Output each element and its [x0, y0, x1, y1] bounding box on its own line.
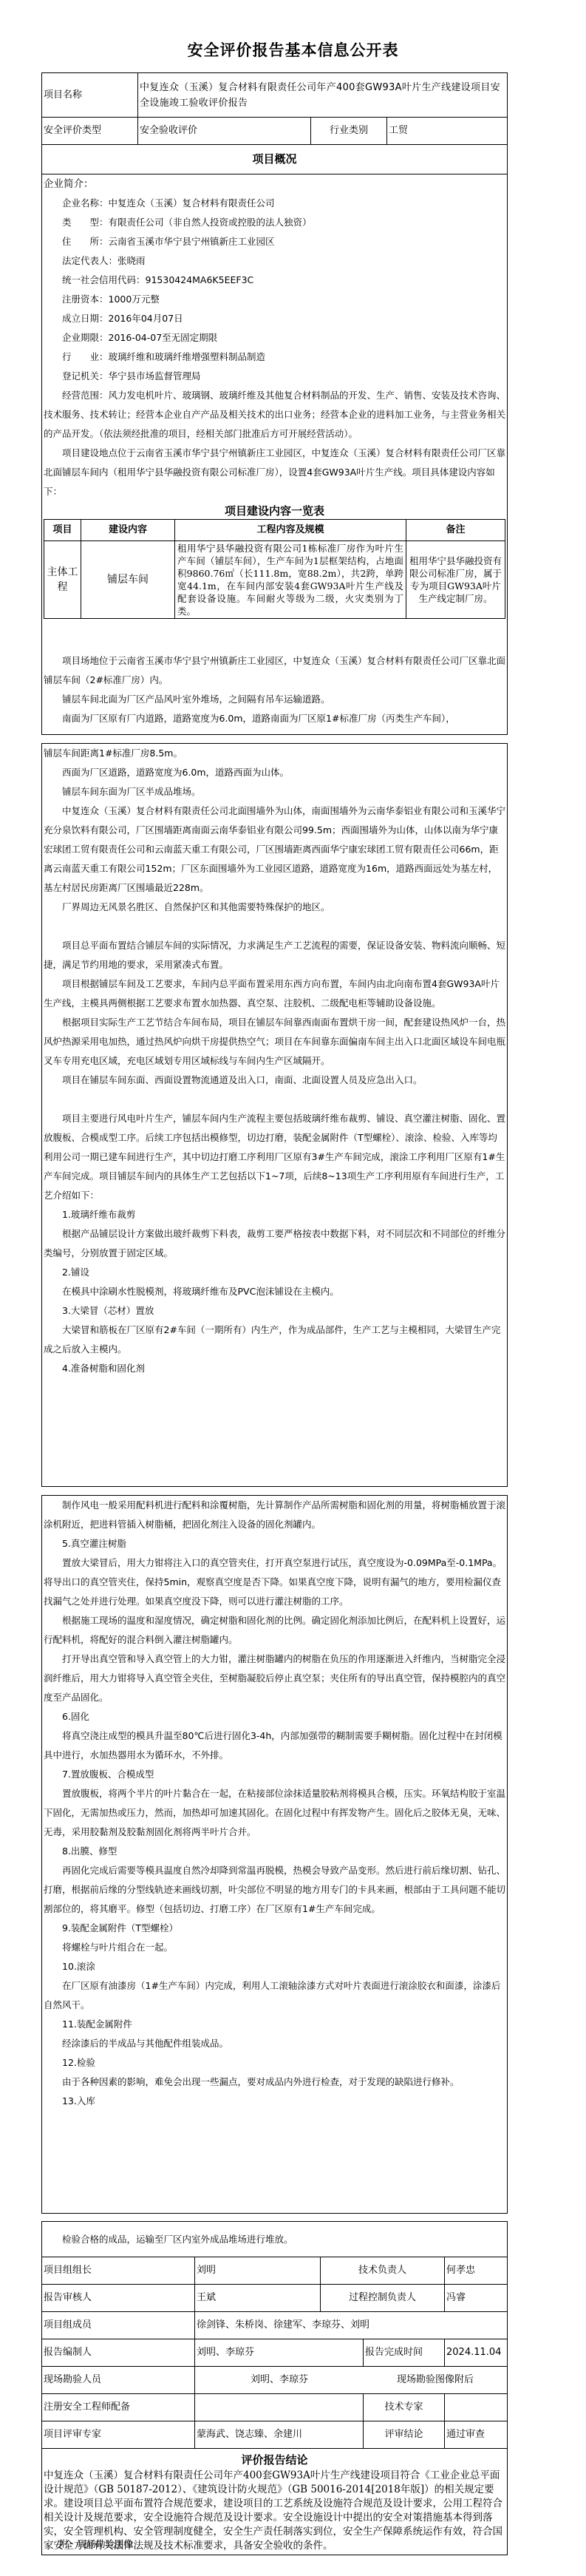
site-paragraph: 铺层车间北面为厂区产品风叶室外堆场，之间隔有吊车运输道路。 [44, 690, 505, 709]
col-header-item: 项目 [44, 520, 81, 541]
members-label: 项目组成员 [42, 2312, 195, 2339]
company-field: 法定代表人：张晓雨 [44, 251, 505, 271]
cell-note: 租用华宁县华融投资有限公司标准厂房，属于专为项目GW93A叶片生产线定制厂房。 [406, 541, 505, 619]
process-step-text: 根据产品铺层设计方案做出玻纤裁剪下料表，裁剪工要严格按表中数据下料，对不同层次和… [44, 1224, 505, 1263]
team-leader-value: 刘明 [195, 2257, 321, 2284]
layout-paragraph: 项目在铺层车间东面、西面设置物流通道及出入口，南面、北面设置人员及应急出入口。 [44, 1071, 505, 1090]
company-fields: 企业名称：中复连众（玉溪）复合材料有限责任公司类 型：有限责任公司（非自然人投资… [44, 194, 505, 386]
members-row: 项目组成员 徐剑锋、朱桥岗、徐建军、李琼芬、刘明 [42, 2312, 507, 2339]
overview-section-title: 项目概况 [42, 145, 507, 174]
process-step-text: 置放腹板，将两个半片的叶片黏合在一起，在粘接部位涂抹适量胶粘剂将模具合模，压实。… [44, 1784, 505, 1842]
overview-body-page3: 制作风电一般采用配料机进行配料和涂覆树脂，先计算制作产品所需树脂和固化剂的用量，… [42, 1496, 507, 2111]
site-paragraph: 南面为厂区原有厂内道路，道路宽度为6.0m，道路南面为厂区原1#标准厂房（丙类生… [44, 709, 505, 728]
process-step-title: 2.铺设 [44, 1263, 505, 1282]
eval-type-label: 安全评价类型 [42, 118, 138, 144]
page-2-table: 铺层车间距离1#标准厂房8.5m。 西面为厂区道路，道路宽度为6.0m，道路西面… [41, 743, 508, 1487]
page4-continuation: 检验合格的成品，运输至厂区内室外成品堆场进行堆放。 [44, 2230, 505, 2249]
industry-value: 工贸 [387, 118, 507, 144]
project-name-value: 中复连众（玉溪）复合材料有限责任公司年产400套GW93A叶片生产线建设项目安全… [138, 73, 507, 117]
process-step-title: 11.装配金属附件 [44, 2015, 505, 2034]
company-field: 类 型：有限责任公司（非自然人投资或控股的法人独资） [44, 213, 505, 232]
process-step-text: 置放大梁冒后，用大力钳将注入口的真空管夹住，打开真空泵进行试压，真空度设为-0.… [44, 1553, 505, 1611]
company-field: 住 所：云南省玉溪市华宁县宁州镇新庄工业园区 [44, 232, 505, 251]
process-step-title: 9.装配金属附件（T型螺栓） [44, 1919, 505, 1938]
field-label: 行 业： [62, 351, 109, 362]
process-step-text: 将真空浇注成型的模具升温至80℃后进行固化3-4h，内部加强带的糊制需要手糊树脂… [44, 1726, 505, 1765]
col-header-content: 建设内容 [81, 520, 175, 541]
surveyors-value: 刘明、李琼芬 [195, 2367, 364, 2393]
survey-row: 现场勘验人员 刘明、李琼芬 现场勘验图像附后 [42, 2367, 507, 2394]
eval-type-value: 安全验收评价 [138, 118, 311, 144]
conclusion-section-title: 评价报告结论 [42, 2449, 507, 2469]
engineer-value [195, 2394, 364, 2421]
overview-body-page1: 企业简介： 企业名称：中复连众（玉溪）复合材料有限责任公司类 型：有限责任公司（… [42, 174, 507, 728]
review-experts-row: 项目评审专家 蒙海武、饶志臻、余建川 评审结论 通过审查 [42, 2421, 507, 2449]
company-field: 企业期限：2016-04-07至无固定期限 [44, 328, 505, 348]
business-scope: 经营范围：风力发电机叶片、玻璃钢、玻璃纤维及其他复合材料制品的开发、生产、销售、… [44, 386, 505, 444]
authors-value: 刘明、李琼芬 [195, 2339, 364, 2366]
col-header-scale: 工程内容及规模 [175, 520, 406, 541]
reviewer-value: 王斌 [195, 2285, 321, 2311]
engineer-row: 注册安全工程师配备 技术专家 [42, 2394, 507, 2421]
process-step-title: 10.滚涂 [44, 1957, 505, 1976]
process-step-title: 6.固化 [44, 1707, 505, 1726]
process-step-title: 4.准备树脂和固化剂 [44, 1359, 505, 1378]
tech-lead-value: 何孝忠 [445, 2257, 507, 2284]
field-label: 类 型： [62, 217, 109, 228]
process-step-text: 在模具中涂刷水性脱模剂，将玻璃纤维布及PVC泡沫铺设在主模内。 [44, 1282, 505, 1301]
authors-label: 报告编制人 [42, 2339, 195, 2366]
eval-type-row: 安全评价类型 安全验收评价 行业类别 工贸 [42, 118, 507, 145]
field-value: 91530424MA6K5EEF3C [146, 274, 254, 285]
process-step-text: 在厂区原有油漆房（1#生产车间）内完成，利用人工滚轴涂漆方式对叶片表面进行滚涂胶… [44, 1976, 505, 2015]
overview-body-page2: 铺层车间距离1#标准厂房8.5m。 西面为厂区道路，道路宽度为6.0m，道路西面… [42, 744, 507, 1378]
company-field: 注册资本：1000万元整 [44, 290, 505, 309]
site-paragraph: 项目场地位于云南省玉溪市华宁县宁州镇新庄工业园区，中复连众（玉溪）复合材料有限责… [44, 651, 505, 690]
company-field: 统一社会信用代码：91530424MA6K5EEF3C [44, 271, 505, 290]
step4-lead: 制作风电一般采用配料机进行配料和涂覆树脂，先计算制作产品所需树脂和固化剂的用量，… [44, 1496, 505, 1534]
review-experts-label: 项目评审专家 [42, 2421, 195, 2448]
field-label: 成立日期： [62, 313, 109, 324]
process-step-title: 8.出膜、修型 [44, 1842, 505, 1861]
authors-row: 报告编制人 刘明、李琼芬 报告完成时间 2024.11.04 [42, 2339, 507, 2367]
company-field: 行 业：玻璃纤维和玻璃纤维增强塑料制品制造 [44, 348, 505, 367]
company-field: 登记机关：华宁县市场监督管理局 [44, 367, 505, 386]
review-result-value: 通过审查 [445, 2421, 507, 2448]
conclusion-header-row: 评价报告结论 [42, 2449, 507, 2469]
process-ctrl-value: 冯睿 [445, 2285, 507, 2311]
site-paragraph: 铺层车间东面为厂区半成品堆场。 [44, 782, 505, 801]
cell-item: 主体工程 [44, 541, 81, 619]
tech-expert-label: 技术专家 [364, 2394, 445, 2421]
field-label: 企业名称： [62, 197, 109, 209]
members-value: 徐剑锋、朱桥岗、徐建军、李琼芬、刘明 [195, 2312, 507, 2339]
page-4-table: 检验合格的成品，运输至厂区内室外成品堆场进行堆放。 项目组组长 刘明 技术负责人… [41, 2221, 508, 2555]
field-value: 华宁县市场监督管理局 [109, 370, 201, 382]
page4-continuation-row: 检验合格的成品，运输至厂区内室外成品堆场进行堆放。 [42, 2222, 507, 2257]
field-label: 企业期限： [62, 332, 109, 343]
process-step-title: 5.真空灌注树脂 [44, 1534, 505, 1553]
cell-scale: 租用华宁县华融投资有限公司1栋标准厂房作为叶片生产车间（铺层车间），生产车间为1… [175, 541, 406, 619]
process-step-text: 大梁冒和筋板在厂区原有2#车间（一期所有）内生产，作为成品部件，生产工艺与主模相… [44, 1321, 505, 1359]
field-value: 1000万元整 [109, 294, 160, 305]
completion-date: 2024.11.04 [445, 2339, 507, 2366]
process-step-text: 将螺栓与叶片组合在一起。 [44, 1938, 505, 1957]
process-step-title: 3.大梁冒（芯材）置放 [44, 1301, 505, 1321]
project-name-row: 项目名称 中复连众（玉溪）复合材料有限责任公司年产400套GW93A叶片生产线建… [42, 73, 507, 118]
layout-paragraph: 项目总平面布置结合铺层车间的实际情况，力求满足生产工艺流程的需要，保证设备安装、… [44, 936, 505, 975]
col-header-note: 备注 [406, 520, 505, 541]
overview-header-row: 项目概况 [42, 145, 507, 174]
table-row: 主体工程 铺层车间 租用华宁县华融投资有限公司1栋标准厂房作为叶片生产车间（铺层… [44, 541, 505, 619]
process-step-title: 13.入库 [44, 2092, 505, 2111]
site-paragraph: 厂界周边无风景名胜区、自然保护区和其他需要特殊保护的地区。 [44, 898, 505, 917]
field-label: 登记机关： [62, 370, 109, 382]
field-label: 住 所： [62, 236, 109, 247]
process-step-text: 根据施工现场的温度和湿度情况，确定树脂和固化剂的比例。确定固化剂添加比例后，在配… [44, 1611, 505, 1650]
field-value: 张晓雨 [117, 255, 146, 266]
field-label: 统一社会信用代码： [62, 274, 146, 285]
review-result-label: 评审结论 [364, 2421, 445, 2448]
team-leader-label: 项目组组长 [42, 2257, 195, 2284]
completion-label: 报告完成时间 [364, 2339, 445, 2366]
process-steps-page2: 1.玻璃纤维布裁剪根据产品铺层设计方案做出玻纤裁剪下料表，裁剪工要严格按表中数据… [44, 1205, 505, 1378]
field-value: 云南省玉溪市华宁县宁州镇新庄工业园区 [109, 236, 275, 247]
build-table-title: 项目建设内容一览表 [44, 503, 505, 519]
project-name-label: 项目名称 [42, 73, 138, 117]
field-label: 法定代表人： [62, 255, 117, 266]
process-step-title: 7.置放腹板、合模成型 [44, 1765, 505, 1784]
team-leader-row: 项目组组长 刘明 技术负责人 何孝忠 [42, 2257, 507, 2285]
survey-images-note: 现场勘验图像附后 [364, 2367, 507, 2393]
process-step-text: 经涂漆后的半成品与其他配件组装成品。 [44, 2034, 505, 2053]
tech-lead-label: 技术负责人 [321, 2257, 445, 2284]
tech-expert-value [445, 2394, 507, 2421]
page-1-table: 项目名称 中复连众（玉溪）复合材料有限责任公司年产400套GW93A叶片生产线建… [41, 72, 508, 735]
layout-paragraph: 根据项目实际生产工艺节结合车间布局，项目在铺层车间靠西南面布置烘干房一间，配套建… [44, 1013, 505, 1071]
layout-paragraph: 项目根据铺层车间及工艺要求，车间内总平面布置采用东西方向布置，车间内由北向南布置… [44, 975, 505, 1013]
site-paragraph: 中复连众（玉溪）复合材料有限责任公司北面围墙外为山体，南面围墙外为云南华泰铝业有… [44, 801, 505, 898]
page-3-table: 制作风电一般采用配料机进行配料和涂覆树脂，先计算制作产品所需树脂和固化剂的用量，… [41, 1495, 508, 2214]
process-step-title: 1.玻璃纤维布裁剪 [44, 1205, 505, 1224]
build-content-table: 项目 建设内容 工程内容及规模 备注 主体工程 铺层车间 租用华宁县华融投资有限… [44, 519, 505, 619]
reviewer-row: 报告审核人 王斌 过程控制负责人 冯睿 [42, 2285, 507, 2312]
field-value: 2016年04月07日 [109, 313, 183, 324]
process-step-text: 由于各种因素的影响，难免会出现一些漏点，要对成品内外进行检查，对于发现的缺陷进行… [44, 2072, 505, 2092]
engineer-label: 注册安全工程师配备 [42, 2394, 195, 2421]
layout-paragraphs: 项目总平面布置结合铺层车间的实际情况，力求满足生产工艺流程的需要，保证设备安装、… [44, 936, 505, 1090]
location-paragraph: 项目建设地点位于云南省玉溪市华宁县宁州镇新庄工业园区，中复连众（玉溪）复合材料有… [44, 444, 505, 501]
survey-label: 现场勘验人员 [42, 2367, 195, 2393]
field-label: 注册资本： [62, 294, 109, 305]
site-paragraphs-page2: 西面为厂区道路，道路宽度为6.0m，道路西面为山体。铺层车间东面为厂区半成品堆场… [44, 763, 505, 917]
company-field: 企业名称：中复连众（玉溪）复合材料有限责任公司 [44, 194, 505, 213]
site-paragraph: 西面为厂区道路，道路宽度为6.0m，道路西面为山体。 [44, 763, 505, 782]
process-intro: 项目主要进行风电叶片生产，铺层车间内生产流程主要包括玻璃纤维布裁剪、铺设、真空灌… [44, 1109, 505, 1205]
reviewer-label: 报告审核人 [42, 2285, 195, 2311]
process-step-title: 12.检验 [44, 2053, 505, 2072]
field-value: 有限责任公司（非自然人投资或控股的法人独资） [109, 217, 312, 228]
site-paragraphs-page1: 项目场地位于云南省玉溪市华宁县宁州镇新庄工业园区，中复连众（玉溪）复合材料有限责… [44, 651, 505, 728]
field-value: 2016-04-07至无固定期限 [109, 332, 218, 343]
page2-continuation: 铺层车间距离1#标准厂房8.5m。 [44, 744, 505, 763]
appendix-note: 附：现场勘验图像 [59, 2537, 133, 2550]
review-experts-value: 蒙海武、饶志臻、余建川 [195, 2421, 364, 2448]
process-step-text: 打开导出真空管和导入真空管上的大力钳，灌注树脂罐内的树脂在负压的作用逐渐进入纤维… [44, 1650, 505, 1707]
document-title: 安全评价报告基本信息公开表 [0, 38, 586, 61]
process-steps-page3: 5.真空灌注树脂置放大梁冒后，用大力钳将注入口的真空管夹住，打开真空泵进行试压，… [44, 1534, 505, 2111]
industry-label: 行业类别 [311, 118, 387, 144]
field-value: 玻璃纤维和玻璃纤维增强塑料制品制造 [109, 351, 266, 362]
intro-label: 企业简介： [44, 174, 505, 194]
process-step-text: 再固化完成后需要等模具温度自然冷却降到常温再脱模，热模会导致产品变形。然后进行前… [44, 1861, 505, 1919]
cell-content: 铺层车间 [81, 541, 175, 619]
field-value: 中复连众（玉溪）复合材料有限责任公司 [109, 197, 275, 209]
process-ctrl-label: 过程控制负责人 [321, 2285, 445, 2311]
company-field: 成立日期：2016年04月07日 [44, 309, 505, 328]
